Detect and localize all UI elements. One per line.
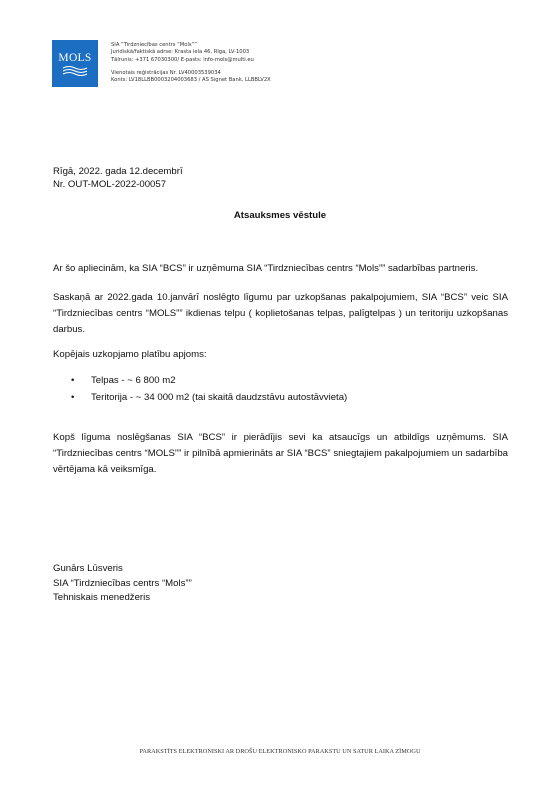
paragraph-contract: Saskaņā ar 2022.gada 10.janvārī noslēgto… bbox=[53, 290, 508, 338]
waves-icon bbox=[62, 66, 88, 76]
letterhead-info: SIA “Tirdzniecības centrs “Mols”” Juridi… bbox=[111, 42, 271, 84]
company-logo: MOLS bbox=[52, 40, 98, 87]
list-item: •Telpas - ~ 6 800 m2 bbox=[53, 372, 347, 389]
letter-date: Rīgā, 2022. gada 12.decembrī bbox=[53, 166, 183, 177]
paragraph-intro: Ar šo apliecinām, ka SIA “BCS” ir uzņēmu… bbox=[53, 261, 508, 277]
signature-block: Gunārs Lūsveris SIA “Tirdzniecības centr… bbox=[53, 562, 192, 606]
paragraph-evaluation: Kopš līguma noslēgšanas SIA “BCS” ir pie… bbox=[53, 430, 508, 478]
signatory-company: SIA “Tirdzniecības centrs “Mols”” bbox=[53, 577, 192, 592]
letterhead-company: SIA “Tirdzniecības centrs “Mols”” bbox=[111, 42, 271, 49]
bullet-icon: • bbox=[71, 389, 74, 406]
letter-number: Nr. OUT-MOL-2022-00057 bbox=[53, 179, 166, 190]
paragraph-area-heading: Kopējais uzkopjamo platību apjoms: bbox=[53, 347, 508, 363]
letterhead-registration: Vienotais reģistrācijas Nr. LV4000353903… bbox=[111, 70, 271, 77]
e-signature-notice: PARAKSTĪTS ELEKTRONISKI AR DROŠU ELEKTRO… bbox=[0, 748, 560, 755]
signatory-name: Gunārs Lūsveris bbox=[53, 562, 192, 577]
letterhead-account: Konts: LV18LLBB0003204003683 / AS Signet… bbox=[111, 77, 271, 84]
list-item: •Teritorija - ~ 34 000 m2 (tai skaitā da… bbox=[53, 389, 347, 406]
bullet-icon: • bbox=[71, 372, 74, 389]
letterhead-contacts: Tālrunis: +371 67030300/ E-pasts: info-m… bbox=[111, 57, 271, 64]
area-list: •Telpas - ~ 6 800 m2 •Teritorija - ~ 34 … bbox=[53, 372, 347, 406]
letter-title: Atsauksmes vēstule bbox=[0, 210, 560, 221]
signatory-position: Tehniskais menedžeris bbox=[53, 591, 192, 606]
logo-text: MOLS bbox=[58, 53, 91, 65]
letterhead-address: Juridiskā/faktiskā adrse: Krasta iela 46… bbox=[111, 49, 271, 56]
